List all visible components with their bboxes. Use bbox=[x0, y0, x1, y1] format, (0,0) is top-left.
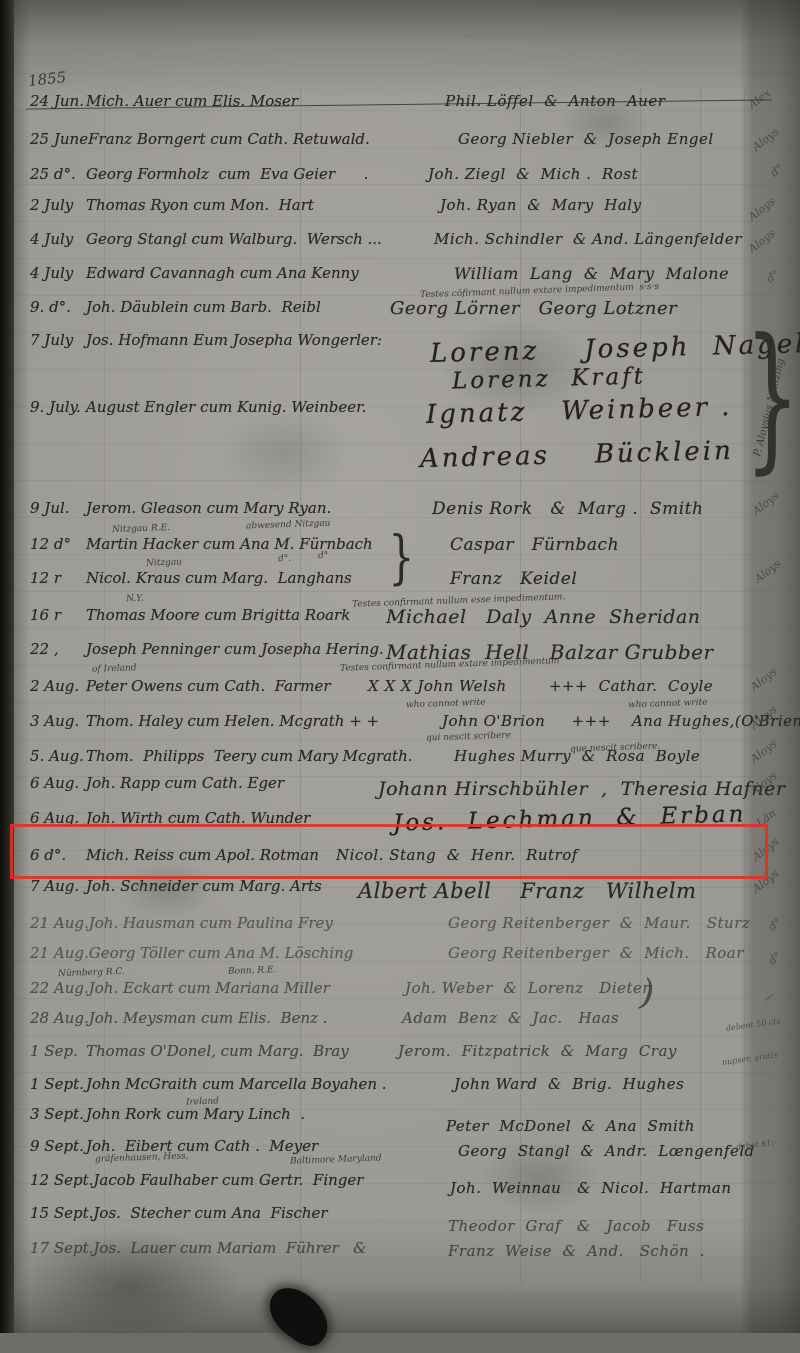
entry-witnesses: Peter McDonel & Ana Smith bbox=[446, 1118, 695, 1135]
register-entry: 4 JulyGeorg Stangl cum Walburg. Wersch .… bbox=[30, 231, 770, 248]
interlinear-note: Nitzgau R.E. bbox=[112, 523, 170, 535]
signature-line: Ignatz Weinbeer . bbox=[426, 392, 733, 430]
entry-date: 16 r bbox=[30, 607, 86, 624]
entry-date: 9. d°. bbox=[30, 299, 86, 316]
entry-date: 22 Aug. bbox=[30, 980, 89, 997]
entry-couple: Joh. Rapp cum Cath. Eger bbox=[86, 774, 284, 792]
entry-date: 3 Aug. bbox=[30, 713, 86, 730]
entry-couple: Edward Cavannagh cum Ana Kenny bbox=[86, 264, 359, 282]
entry-witnesses: Caspar Fürnbach bbox=[450, 536, 619, 555]
register-entry: 21 Aug.Georg Töller cum Ana M. LöschingG… bbox=[30, 945, 770, 962]
entry-date: 1 Sept. bbox=[30, 1076, 86, 1093]
entry-witnesses: Franz Weise & And. Schön . bbox=[448, 1243, 705, 1260]
register-entry: 4 JulyEdward Cavannagh cum Ana KennyWill… bbox=[30, 265, 770, 282]
entry-witnesses: Georg Lörner Georg Lotzner bbox=[390, 299, 677, 319]
register-entry: 6 Aug.Joh. Rapp cum Cath. EgerJohann Hir… bbox=[30, 775, 770, 792]
entry-couple: August Engler cum Kunig. Weinbeer. bbox=[86, 398, 366, 416]
highlight-box bbox=[10, 824, 768, 879]
entry-witnesses: John O'Brion +++ Ana Hughes,(O'Brien) bbox=[442, 713, 800, 730]
entry-witnesses: Georg Reitenberger & Mich. Roar bbox=[448, 945, 744, 962]
entry-witnesses: Joh. Ziegl & Mich . Rost bbox=[428, 166, 638, 183]
entry-date: 21 Aug. bbox=[30, 915, 89, 932]
register-entry: 2 JulyThomas Ryon cum Mon. HartJoh. Ryan… bbox=[30, 197, 770, 214]
entry-couple: Thom. Haley cum Helen. Mcgrath + + bbox=[86, 712, 379, 730]
entry-witnesses: X X X John Welsh +++ Cathar. Coyle bbox=[368, 678, 713, 695]
entry-date: 2 Aug. bbox=[30, 678, 86, 695]
entry-witnesses: Joh. Ryan & Mary Haly bbox=[440, 197, 642, 214]
entry-couple: Joseph Penninger cum Josepha Hering. bbox=[86, 640, 384, 658]
register-entry: 15 Sept.Jos. Stecher cum Ana FischerTheo… bbox=[30, 1205, 770, 1222]
entry-couple: Thomas Ryon cum Mon. Hart bbox=[86, 196, 314, 214]
entry-witnesses: John Ward & Brig. Hughes bbox=[454, 1076, 684, 1093]
interlinear-note: gräfenhausen, Hess, bbox=[95, 1151, 189, 1164]
entry-date: 4 July bbox=[30, 265, 86, 282]
entry-date: 2 July bbox=[30, 197, 86, 214]
entry-couple: Nicol. Kraus cum Marg. Langhans bbox=[86, 569, 352, 587]
entry-date: 7 July bbox=[30, 332, 86, 349]
register-entry: 12 Sept.Jacob Faulhaber cum Gertr. Finge… bbox=[30, 1172, 770, 1189]
entry-date: 4 July bbox=[30, 231, 86, 248]
entry-date: 21 Aug. bbox=[30, 945, 89, 962]
entry-couple: Franz Borngert cum Cath. Retuwald. bbox=[88, 130, 370, 148]
entry-date: 1 Sep. bbox=[30, 1043, 86, 1060]
entry-couple: Georg Stangl cum Walburg. Wersch ... bbox=[86, 230, 382, 248]
register-entry: 3 Sept.John Rork cum Mary Linch .Peter M… bbox=[30, 1106, 770, 1123]
brace-glyph: } bbox=[389, 528, 415, 586]
register-entry: 3 Aug.Thom. Haley cum Helen. Mcgrath + +… bbox=[30, 713, 770, 730]
interlinear-note: Bonn, R.E. bbox=[228, 965, 277, 977]
register-entry: 25 d°.Georg Formholz cum Eva Geier .Joh.… bbox=[30, 166, 770, 183]
entry-date: 12 d° bbox=[30, 536, 86, 553]
entry-witnesses: Joh. Weinnau & Nicol. Hartman bbox=[450, 1180, 732, 1197]
entry-couple: Joh. Meysman cum Elis. Benz . bbox=[89, 1009, 328, 1027]
entry-witnesses: Mich. Schindler & And. Längenfelder bbox=[434, 231, 742, 248]
entry-couple: Joh. Hausman cum Paulina Frey bbox=[89, 914, 333, 932]
entry-date: 15 Sept. bbox=[30, 1205, 93, 1222]
entry-date: 9. July. bbox=[30, 399, 86, 416]
interlinear-note: d° bbox=[318, 551, 329, 561]
register-page: 1855 24 Jun.Mich. Auer cum Elis. MoserPh… bbox=[0, 0, 800, 1333]
entry-couple: Thomas Moore cum Brigitta Roark bbox=[86, 606, 350, 624]
entry-date: 12 Sept. bbox=[30, 1172, 93, 1189]
register-entry: 1 Sep.Thomas O'Donel, cum Marg. BrayJero… bbox=[30, 1043, 770, 1060]
entry-couple: Jerom. Gleason cum Mary Ryan. bbox=[86, 499, 331, 517]
register-entry: 7 Aug.Joh. Schneider cum Marg. ArtsAlber… bbox=[30, 878, 770, 895]
entry-couple: Jos. Lauer cum Mariam Führer & bbox=[93, 1239, 366, 1257]
margin-note: d° bbox=[768, 162, 786, 180]
entry-date: 7 Aug. bbox=[30, 878, 86, 895]
interlinear-note: qui nescit scribere bbox=[426, 731, 511, 744]
entry-witnesses: Georg Niebler & Joseph Engel bbox=[458, 131, 714, 148]
interlinear-note: N.Y. bbox=[126, 594, 144, 605]
register-entry: 1 Sept.John McGraith cum Marcella Boyahe… bbox=[30, 1076, 770, 1093]
register-entry: 16 rThomas Moore cum Brigitta RoarkMicha… bbox=[30, 607, 770, 624]
register-entry: 2 Aug.Peter Owens cum Cath. FarmerX X X … bbox=[30, 678, 770, 695]
entry-couple: Georg Töller cum Ana M. Lösching bbox=[89, 944, 354, 962]
entry-witnesses: William Lang & Mary Malone bbox=[454, 265, 729, 283]
entry-date: 9 Sept. bbox=[30, 1138, 86, 1155]
interlinear-note: abwesend Nitzgau bbox=[246, 519, 331, 532]
margin-note: Aloys bbox=[750, 125, 782, 154]
entry-date: 25 d°. bbox=[30, 166, 86, 183]
entry-witnesses: Jerom. Fitzpatrick & Marg Cray bbox=[398, 1043, 677, 1060]
entry-couple: Thomas O'Donel, cum Marg. Bray bbox=[86, 1042, 349, 1060]
entry-couple: John Rork cum Mary Linch . bbox=[86, 1105, 305, 1123]
register-entry: 9. d°.Joh. Däublein cum Barb. ReiblGeorg… bbox=[30, 299, 770, 316]
register-entry: 17 Sept.Jos. Lauer cum Mariam Führer &Fr… bbox=[30, 1240, 770, 1257]
interlinear-note: Nitzgau bbox=[146, 557, 182, 568]
entry-date: 5. Aug. bbox=[30, 748, 86, 765]
register-entry: 9 Jul.Jerom. Gleason cum Mary Ryan.Denis… bbox=[30, 500, 770, 517]
register-entry: 22 Aug.Joh. Eckart cum Mariana MillerJoh… bbox=[30, 980, 770, 997]
entry-couple: Jos. Hofmann Eum Josepha Wongerler: bbox=[86, 331, 382, 349]
entry-couple: Thom. Philipps Teery cum Mary Mcgrath. bbox=[86, 747, 413, 765]
binding-strip bbox=[0, 0, 14, 1333]
interlinear-note: Nürnberg R.C. bbox=[58, 967, 125, 979]
page-damage-blob bbox=[259, 1279, 338, 1333]
signature-line: Andreas Bücklein bbox=[420, 436, 735, 474]
entry-witnesses: Albert Abell Franz Wilhelm bbox=[358, 880, 697, 903]
entry-date: 25 June bbox=[30, 131, 88, 148]
entry-date: 17 Sept. bbox=[30, 1240, 93, 1257]
entry-witnesses: Denis Rork & Marg . Smith bbox=[432, 500, 703, 519]
entry-couple: Jos. Stecher cum Ana Fischer bbox=[93, 1204, 327, 1222]
year-label: 1855 bbox=[27, 68, 67, 90]
interlinear-note: Ireland bbox=[186, 1096, 219, 1107]
entry-couple: Georg Formholz cum Eva Geier . bbox=[86, 165, 368, 183]
register-entry: 22 ,Joseph Penninger cum Josepha Hering.… bbox=[30, 641, 770, 658]
entry-couple: Peter Owens cum Cath. Farmer bbox=[86, 677, 331, 695]
interlinear-note: Baltimore Maryland bbox=[290, 1153, 382, 1166]
entry-couple: Martin Hacker cum Ana M. Fürnbach bbox=[86, 535, 373, 553]
entry-witnesses: Theodor Graf & Jacob Fuss bbox=[448, 1218, 704, 1235]
register-entry: 25 JuneFranz Borngert cum Cath. Retuwald… bbox=[30, 131, 770, 148]
register-entry: 28 Aug.Joh. Meysman cum Elis. Benz .Adam… bbox=[30, 1010, 770, 1027]
stain bbox=[220, 410, 350, 495]
entry-date: 28 Aug. bbox=[30, 1010, 89, 1027]
entry-date: 22 , bbox=[30, 641, 86, 658]
interlinear-note: d°. bbox=[278, 554, 291, 564]
entry-witnesses: Georg Reitenberger & Maur. Sturz bbox=[448, 915, 750, 932]
entry-witnesses: Franz Keidel bbox=[450, 570, 577, 589]
entry-witnesses: Georg Stangl & Andr. Lœngenfeld bbox=[458, 1143, 755, 1160]
entry-witnesses: Joh. Weber & Lorenz Dieter bbox=[405, 980, 650, 997]
entry-couple: Joh. Schneider cum Marg. Arts bbox=[86, 877, 322, 895]
entry-couple: Joh. Eckart cum Mariana Miller bbox=[89, 979, 330, 997]
entry-date: 6 Aug. bbox=[30, 775, 86, 792]
entry-date: 3 Sept. bbox=[30, 1106, 86, 1123]
entry-witnesses: Adam Benz & Jac. Haas bbox=[402, 1010, 619, 1027]
interlinear-note: of Ireland bbox=[92, 663, 137, 675]
signature-line: Lorenz Kraft bbox=[452, 363, 647, 394]
entry-witnesses: Michael Daly Anne Sheridan bbox=[386, 607, 701, 628]
entry-date: 12 r bbox=[30, 570, 86, 587]
entry-date: 9 Jul. bbox=[30, 500, 86, 517]
entry-couple: Joh. Eibert cum Cath . Meyer bbox=[86, 1137, 318, 1155]
interlinear-note: who cannot write bbox=[628, 698, 708, 711]
interlinear-note: who cannot write bbox=[406, 698, 486, 711]
entry-witnesses: Johann Hirschbühler , Theresia Hafner bbox=[378, 779, 785, 800]
register-entry: 21 Aug.Joh. Hausman cum Paulina FreyGeor… bbox=[30, 915, 770, 932]
entry-couple: John McGraith cum Marcella Boyahen . bbox=[86, 1075, 387, 1093]
entry-couple: Jacob Faulhaber cum Gertr. Finger bbox=[93, 1171, 363, 1189]
entry-couple: Joh. Däublein cum Barb. Reibl bbox=[86, 298, 321, 316]
